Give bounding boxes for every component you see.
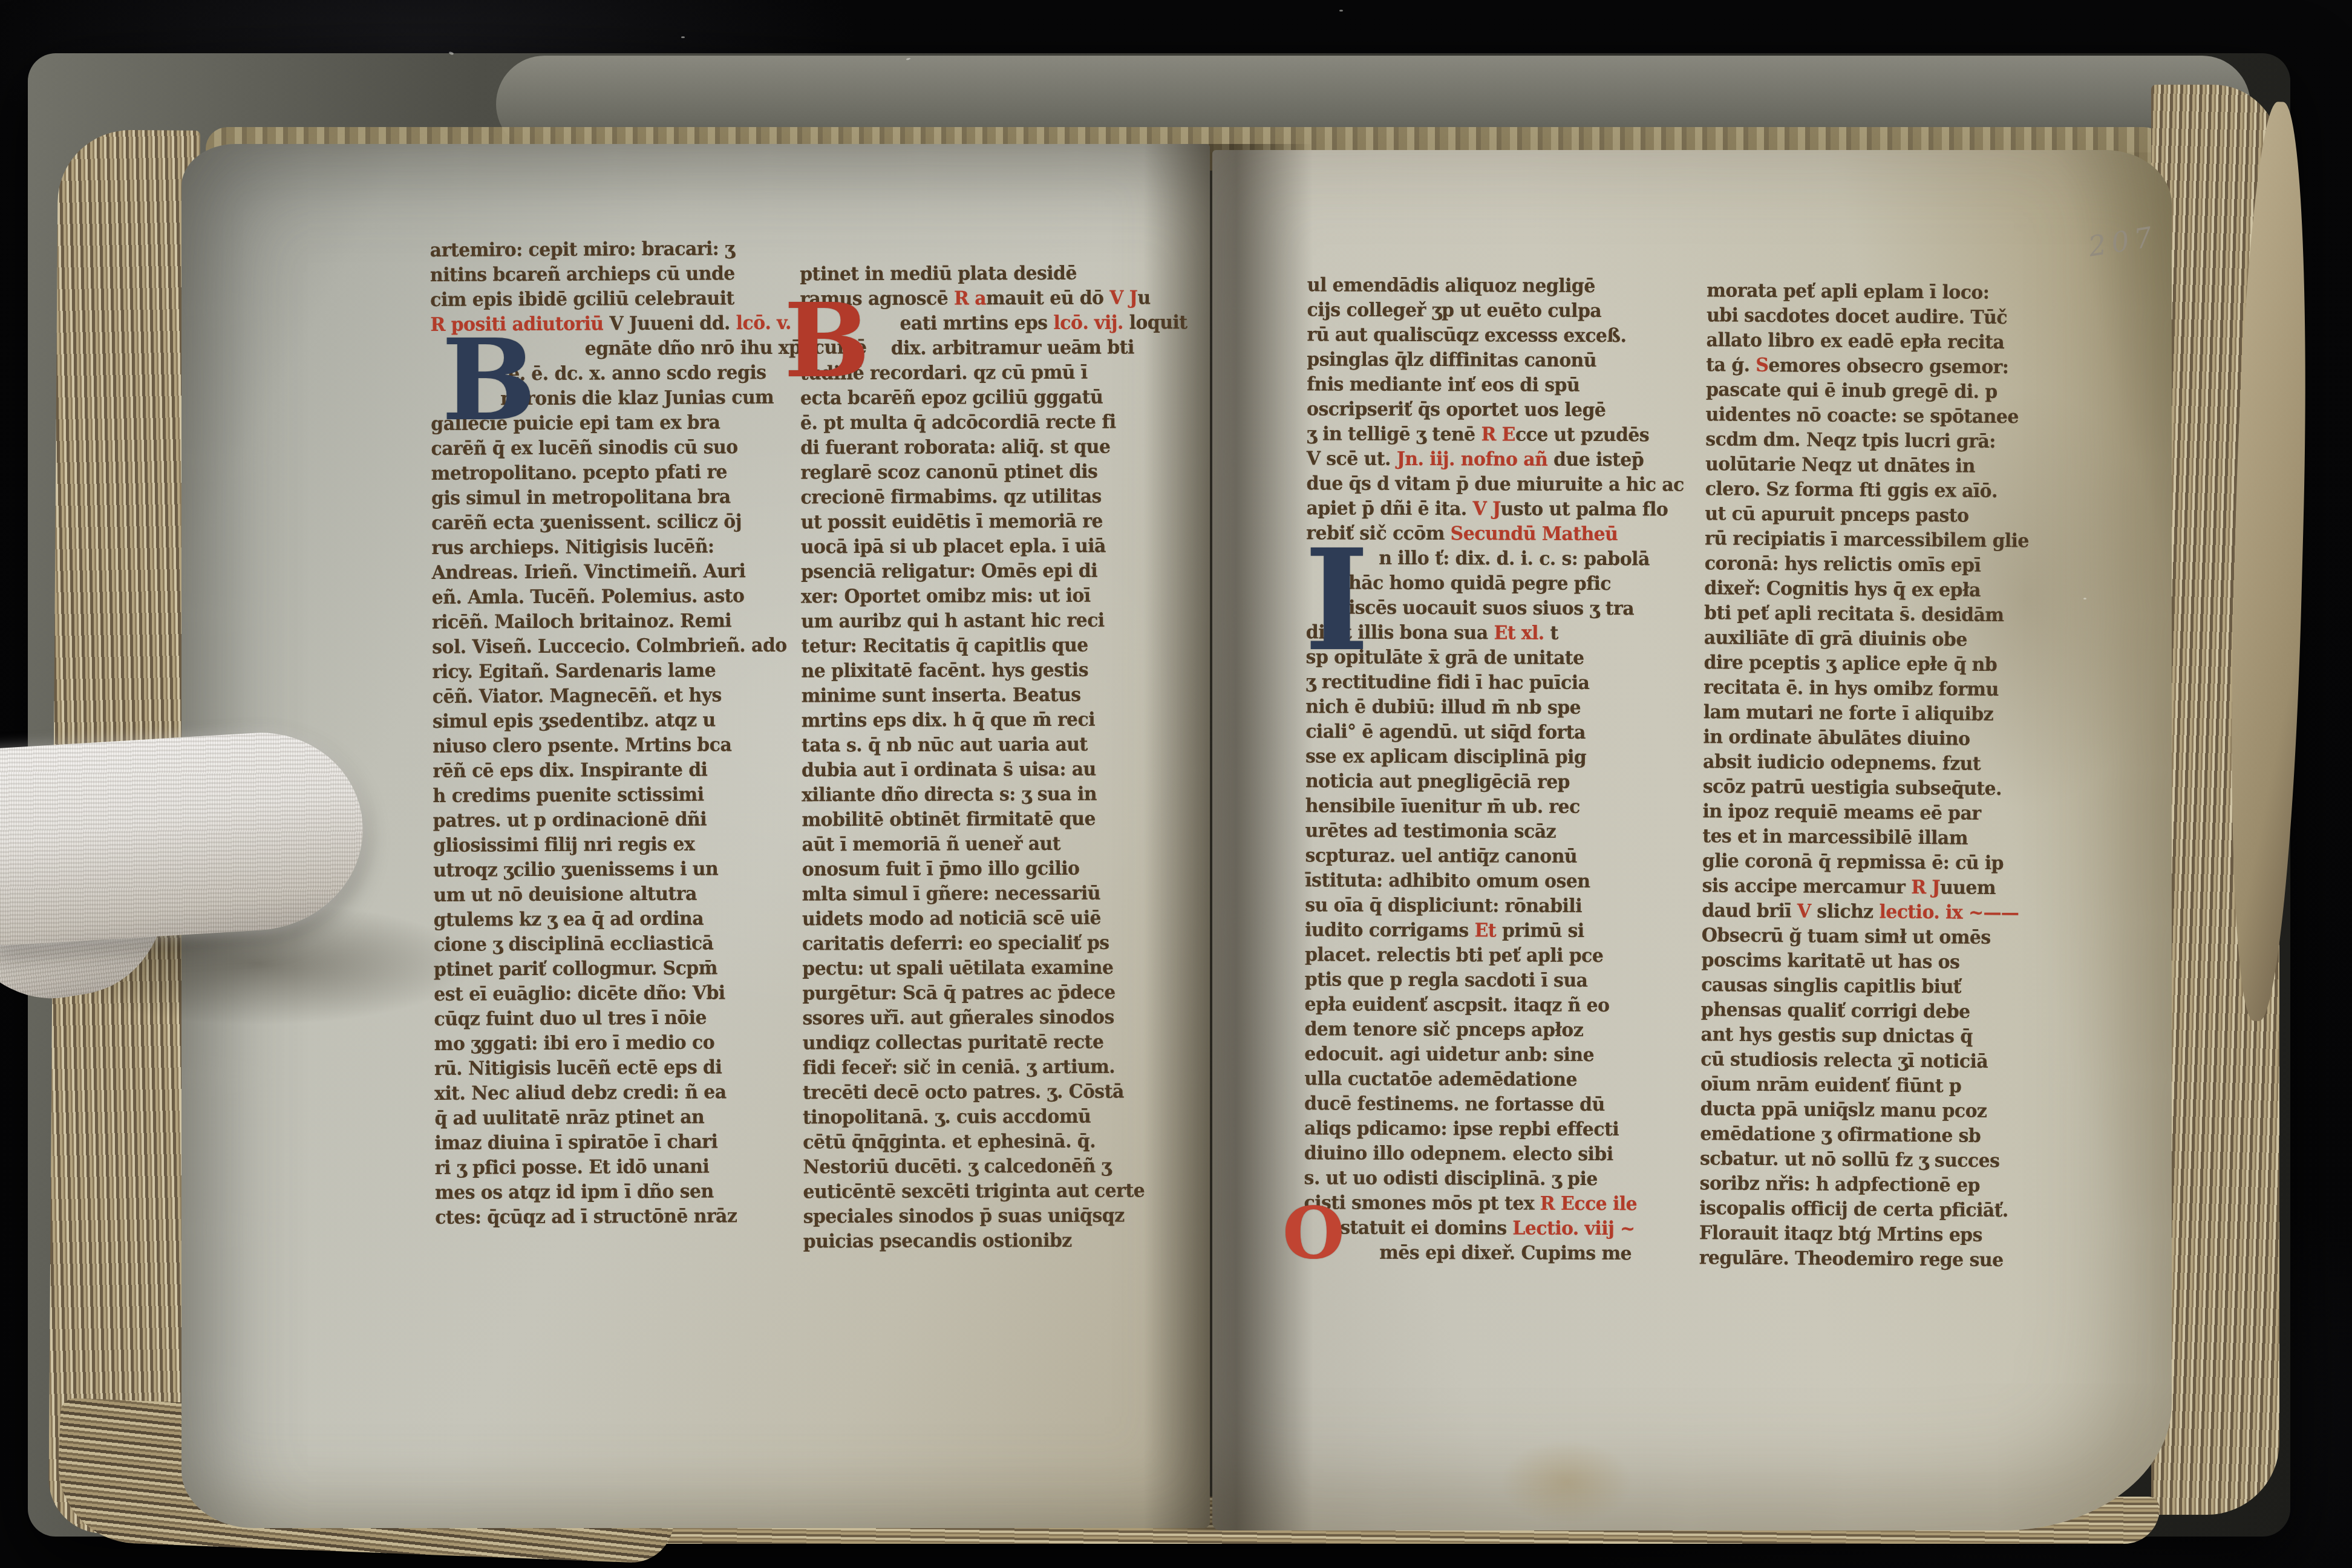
text-line: diuino illo odepnem. electo sibi [1304, 1140, 1667, 1168]
text-line: ul emendādis aliquoz negligē [1307, 272, 1670, 299]
text-line: absit iudicio odepnems. fzut [1703, 749, 2042, 777]
text-line: ant hys gestis sup dnictas q̄ [1700, 1022, 2039, 1050]
text-line: xiliante dño directa s: ʒ sua in [802, 781, 1149, 808]
illuminated-initial-i: I [1304, 538, 1370, 664]
text-line: ptis que p regla sacdoti ī sua [1305, 967, 1668, 994]
text-line: cūqz fuint duo ul tres ī nōie [434, 1005, 782, 1033]
text-line: uidentes nō coacte: se spōtanee [1706, 402, 2045, 430]
text-line: ut possit euidētis ī memoriā re [801, 508, 1149, 535]
text-line: scpturaz. uel antiq̄z canonū [1305, 843, 1668, 870]
text-line: crecionē firmabims. qz utilitas [800, 483, 1148, 511]
text-line: ulla cuctatōe ademēdatione [1304, 1066, 1667, 1093]
illuminated-initial-b: B [442, 330, 536, 431]
text-line: tetur: Recitatis q̄ capitlis que [801, 632, 1149, 659]
text-line: auxiliāte dī grā diuinis obe [1704, 625, 2043, 653]
text-line: recitata ē. in hys omibz formu [1704, 675, 2042, 703]
text-line: mo ʒggati: ibi ero ī medio co [434, 1030, 782, 1057]
text-line: euticēntē sexcēti triginta aut certe [803, 1178, 1151, 1205]
text-line: clero. Sz forma fti ggis ex aīō. [1705, 476, 2044, 505]
text-line: bti peť apli recitata s̄. desidām [1704, 600, 2043, 629]
text-line: cijs collegeř ʒp ut euēto culpa [1307, 297, 1670, 324]
text-line: hensibile īuenitur m̄ ub. rec [1305, 793, 1668, 820]
text-line: nitins bcareñ archieps cū unde [430, 261, 778, 289]
text-line: scdm dm. Neqz tpis lucri grā: [1705, 426, 2044, 455]
text-line: īstituta: adhibito omum osen [1305, 867, 1668, 895]
text-line: aūt ī memoriā ñ ueneř aut [802, 831, 1149, 858]
text-line: iudito corrigams Et primū si [1305, 917, 1668, 944]
text-line: tes et in marcessibilē illam [1702, 823, 2041, 852]
text-line: utroqz ʒcilio ʒuenissems i un [433, 856, 781, 884]
text-line: um ut nō deuisione altutra [433, 881, 781, 909]
text-line: imaz diuina ī spiratōe ī chari [434, 1129, 782, 1157]
text-line: sse ex aplicam disciplinā pig [1305, 743, 1668, 771]
text-line: aliqs pdicamo: ipse repbi effecti [1304, 1116, 1667, 1143]
gutter-shadow [1143, 144, 1313, 1530]
text-line: fidi feceř: sič in ceniā. ʒ artium. [803, 1054, 1151, 1081]
text-line: mrtins eps dix. h q̄ que m̄ reci [802, 707, 1149, 734]
text-line: puicias psecandis ostionibz [803, 1227, 1151, 1255]
text-line: gis simul in metropolitana bra [431, 484, 779, 512]
text-line: V scē ut. Jn. iij. nofno añ due istep̄ [1307, 446, 1670, 473]
text-line: uidets modo ad noticiā scē uiē [802, 905, 1150, 932]
text-line: ctes: q̄cūqz ad ī structōnē nrāz [435, 1203, 783, 1231]
text-column-right-2: morata peť apli eplam ī loco:ubi sacdote… [1699, 278, 2046, 1273]
text-line: rēñ cē eps dix. Inspirante di [433, 757, 780, 785]
text-line: dubia aut ī ordinata s̄ uisa: au [802, 756, 1149, 783]
text-line: sol. Viseñ. Luccecio. Colmbrieñ. ado [432, 633, 780, 661]
text-line: tata s. q̄ nb nūc aut uaria aut [802, 731, 1149, 759]
lint-speck [1339, 10, 1343, 11]
text-line: scbatur. ut nō sollū fz ʒ succes [1700, 1146, 2039, 1174]
text-line: cim epis ibidē gciliū celebrauit [430, 286, 778, 313]
text-line: ut cū apuruit pnceps pasto [1705, 501, 2043, 529]
text-line: ciali° ē agendū. ut siq̄d forta [1305, 719, 1668, 746]
text-line: rus archieps. Nitigisis lucēñ: [431, 534, 779, 561]
text-line: ta ģ. Semores obsecro gsemor: [1706, 352, 2045, 381]
text-line: ducē festinems. ne fortasse dū [1304, 1091, 1667, 1118]
text-line: edocuit. agi uidetur anb: sine [1304, 1041, 1667, 1068]
parchment-stain [1500, 1440, 1633, 1524]
text-line: morata peť apli eplam ī loco: [1707, 278, 2045, 306]
text-line: in ipoz requiē meams eē par [1702, 799, 2041, 827]
text-line: lam mutari ne forte ī aliquibz [1704, 699, 2042, 728]
text-line: speciales sinodos p̄ suas uniq̄sqz [803, 1203, 1151, 1230]
text-line: onosum fuit ī p̄mo illo gcilio [802, 855, 1150, 883]
text-line: oscripseriť q̄s oportet uos legē [1307, 396, 1670, 423]
text-column-left-2: ptinet in mediū plata desidēramus agnosc… [800, 261, 1151, 1254]
text-line: glie coronā q̄ repmissa ē: cū ip [1702, 848, 2041, 877]
text-line: tinopolitanā. ʒ. cuis accdomū [803, 1103, 1151, 1131]
lint-speck [681, 36, 685, 38]
text-line: ricēñ. Mailoch britainoz. Remi [432, 608, 780, 636]
text-line: allato libro ex eadē epła recita [1706, 327, 2045, 356]
text-line: daud briī V slichz lectio. ix ~—— [1702, 898, 2040, 926]
text-line: artemiro: cepit miro: bracari: ʒ [430, 236, 778, 264]
text-line: psinglas q̄lz diffinitas canonū [1307, 347, 1670, 374]
illuminated-initial-b: B [784, 295, 870, 387]
text-line: rū recipiatis ī marcessibilem glie [1705, 526, 2043, 554]
text-line: cēñ. Viator. Magnecēñ. et hys [433, 682, 780, 710]
text-line: ʒ in telligē ʒ tenē R Ecce ut pzudēs [1307, 421, 1670, 448]
text-line: pascate qui ē inub gregē di. p [1706, 377, 2045, 405]
text-line: minime sunt inserta. Beatus [802, 682, 1149, 709]
text-line: nich ē dubiū: illud m̄ nb spe [1305, 694, 1668, 721]
text-line: psenciā religatur: Omēs epi di [801, 558, 1149, 585]
manuscript-photo: artemiro: cepit miro: bracari: ʒnitins b… [0, 0, 2352, 1568]
text-line: trecēti decē octo patres. ʒ. Cōstā [803, 1079, 1151, 1106]
text-line: gtulems kz ʒ ea q̄ ad ordina [434, 906, 782, 933]
text-line: mlta simul ī gñere: necessariū [802, 880, 1150, 907]
text-line: regulāre. Theodemiro rege sue [1699, 1245, 2038, 1273]
text-line: epła euidenť ascpsit. itaqz ñ eo [1305, 991, 1668, 1019]
text-line: scōz patrū uestigia subseq̄ute. [1703, 774, 2042, 802]
text-line: ubi sacdotes docet audire. Tūč [1707, 302, 2045, 331]
text-line: Florauit itaqz btģ Mrtins eps [1699, 1220, 2038, 1249]
text-line: su oīa q̄ displiciunt: rōnabili [1305, 892, 1668, 920]
text-line: di fuerant roborata: aliq̄. st que [800, 434, 1148, 461]
text-line: ssores uřī. aut gñerales sinodos [802, 1004, 1150, 1031]
text-line: est eī euāglio: dicēte dño: Vbi [434, 980, 782, 1008]
text-line: iscopalis officij de certa pficiāť. [1699, 1195, 2038, 1224]
text-line: rū aut qualiscūqz excesss exceß. [1307, 322, 1670, 349]
text-line: Nestoriū ducēti. ʒ calcedonēñ ʒ [803, 1153, 1151, 1180]
text-line: patres. ut p ordinacionē dñi [433, 806, 781, 834]
text-line: carēñ ecta ʒuenissent. scilicz ōj [431, 509, 779, 537]
text-line: in ordinate ābulātes diuino [1703, 724, 2042, 753]
text-line: um auribz qui h astant hic reci [801, 607, 1149, 635]
text-line: q̄ ad uulitatē nrāz ptinet an [434, 1104, 782, 1132]
text-line: h credims puenite sctissimi [433, 782, 780, 809]
text-line: purgētur: Scā q̄ patres ac p̄dece [802, 979, 1150, 1007]
text-column-right-1: ul emendādis aliquoz negligēcijs college… [1304, 273, 1670, 1266]
gloved-finger [0, 727, 368, 947]
text-line: dire pceptis ʒ aplice epłe q̄ nb [1704, 650, 2042, 678]
text-line: niuso clero psente. Mrtins bca [433, 732, 780, 760]
text-line: xer: Oportet omibz mis: ut ioī [801, 583, 1149, 610]
text-line: rū. Nitigisis lucēñ ectē eps di [434, 1054, 782, 1082]
text-line: mēs epi dixeř. Cupims me [1304, 1240, 1667, 1267]
text-line: ri ʒ pfici posse. Et idō unani [435, 1154, 783, 1181]
text-line: poscims karitatē ut has os [1701, 947, 2040, 976]
text-line: reglarē scoz canonū ptinet dis [800, 459, 1148, 486]
text-line: cisti smones mōs pt tex R Ecce ile [1304, 1190, 1667, 1217]
text-line: ptinet pariť collogmur. Scpm̄ [434, 955, 782, 983]
text-line: uolūtarie Neqz ut dnātes in [1705, 451, 2044, 480]
text-line: due q̄s d vitam p̄ due miuruite a hic ac [1307, 471, 1670, 498]
lint-speck [2083, 598, 2086, 599]
text-line: ricy. Egitañ. Sardenaris lame [432, 658, 780, 685]
text-line: dem tenore sič pnceps apłoz [1304, 1016, 1667, 1044]
text-line: cū studiosis relecta ʒī noticiā [1700, 1047, 2039, 1075]
text-line: simul epis ʒsedentibz. atqz u [433, 707, 780, 735]
text-line: dixeř: Cognitis hys q̄ ex epła [1704, 575, 2043, 604]
text-line: statuit ei domins Lectio. viij ~ [1304, 1215, 1667, 1242]
text-line: coronā: hys relictis omīs epī [1705, 550, 2043, 579]
text-line: s. ut uo odisti disciplinā. ʒ pie [1304, 1165, 1667, 1192]
text-line: cione ʒ disciplinā eccliasticā [434, 930, 782, 958]
text-line: uocā ipā si ub placet epla. ī uiā [801, 533, 1149, 560]
text-line: ne plixitatē facēnt. hys gestis [801, 657, 1149, 684]
text-line: pectu: ut spali uētilata examine [802, 955, 1150, 982]
text-line: sis accipe mercamur R Juuem [1702, 873, 2040, 901]
illuminated-initial-o: O [1282, 1201, 1345, 1265]
text-line: gliosissimi filij nri regis ex [433, 831, 781, 859]
text-line: Obsecrū ğ tuam simł ut omēs [1702, 923, 2040, 951]
text-line: placet. relectis bti peť apli pce [1305, 942, 1668, 969]
text-line: caritatis deferri: eo specialiť ps [802, 930, 1150, 957]
text-line: emēdatione ʒ ofirmatione sb [1700, 1121, 2039, 1149]
text-line: cētū q̄nq̄ginta. et ephesinā. q̄. [803, 1128, 1151, 1155]
text-line: urētes ad testimonia scāz [1305, 818, 1668, 845]
text-line: eñ. Amla. Tucēñ. Polemius. asto [432, 583, 780, 611]
text-line: soribz nřis: h adpfectionē ep [1700, 1171, 2039, 1199]
text-line: fnis mediante inť eos di spū [1307, 371, 1670, 399]
text-line: metropolitano. pcepto pfati re [431, 459, 779, 487]
text-line: mobilitē obtinēt firmitatē que [802, 806, 1149, 833]
text-line: Andreas. Irieñ. Vinctimeiñ. Auri [431, 558, 779, 586]
text-line: causas singlis capitlis biuť [1701, 972, 2040, 1001]
text-line: noticia aut pnegligēciā rep [1305, 768, 1668, 795]
text-line: mes os atqz id ipm ī dño sen [435, 1178, 783, 1206]
text-line: xit. Nec aliud debz credi: ñ ea [434, 1079, 782, 1107]
text-line: phensas qualiť corrigi debe [1701, 997, 2040, 1025]
text-line: undiqz collectas puritatē recte [803, 1029, 1151, 1056]
text-line: ē. pt multa q̄ adcōcordiā recte fi [800, 409, 1148, 436]
text-line: ducta ppā uniq̄slz manu pcoz [1700, 1096, 2039, 1125]
text-line: oīum nrām euidenť fiūnt p [1700, 1071, 2039, 1100]
